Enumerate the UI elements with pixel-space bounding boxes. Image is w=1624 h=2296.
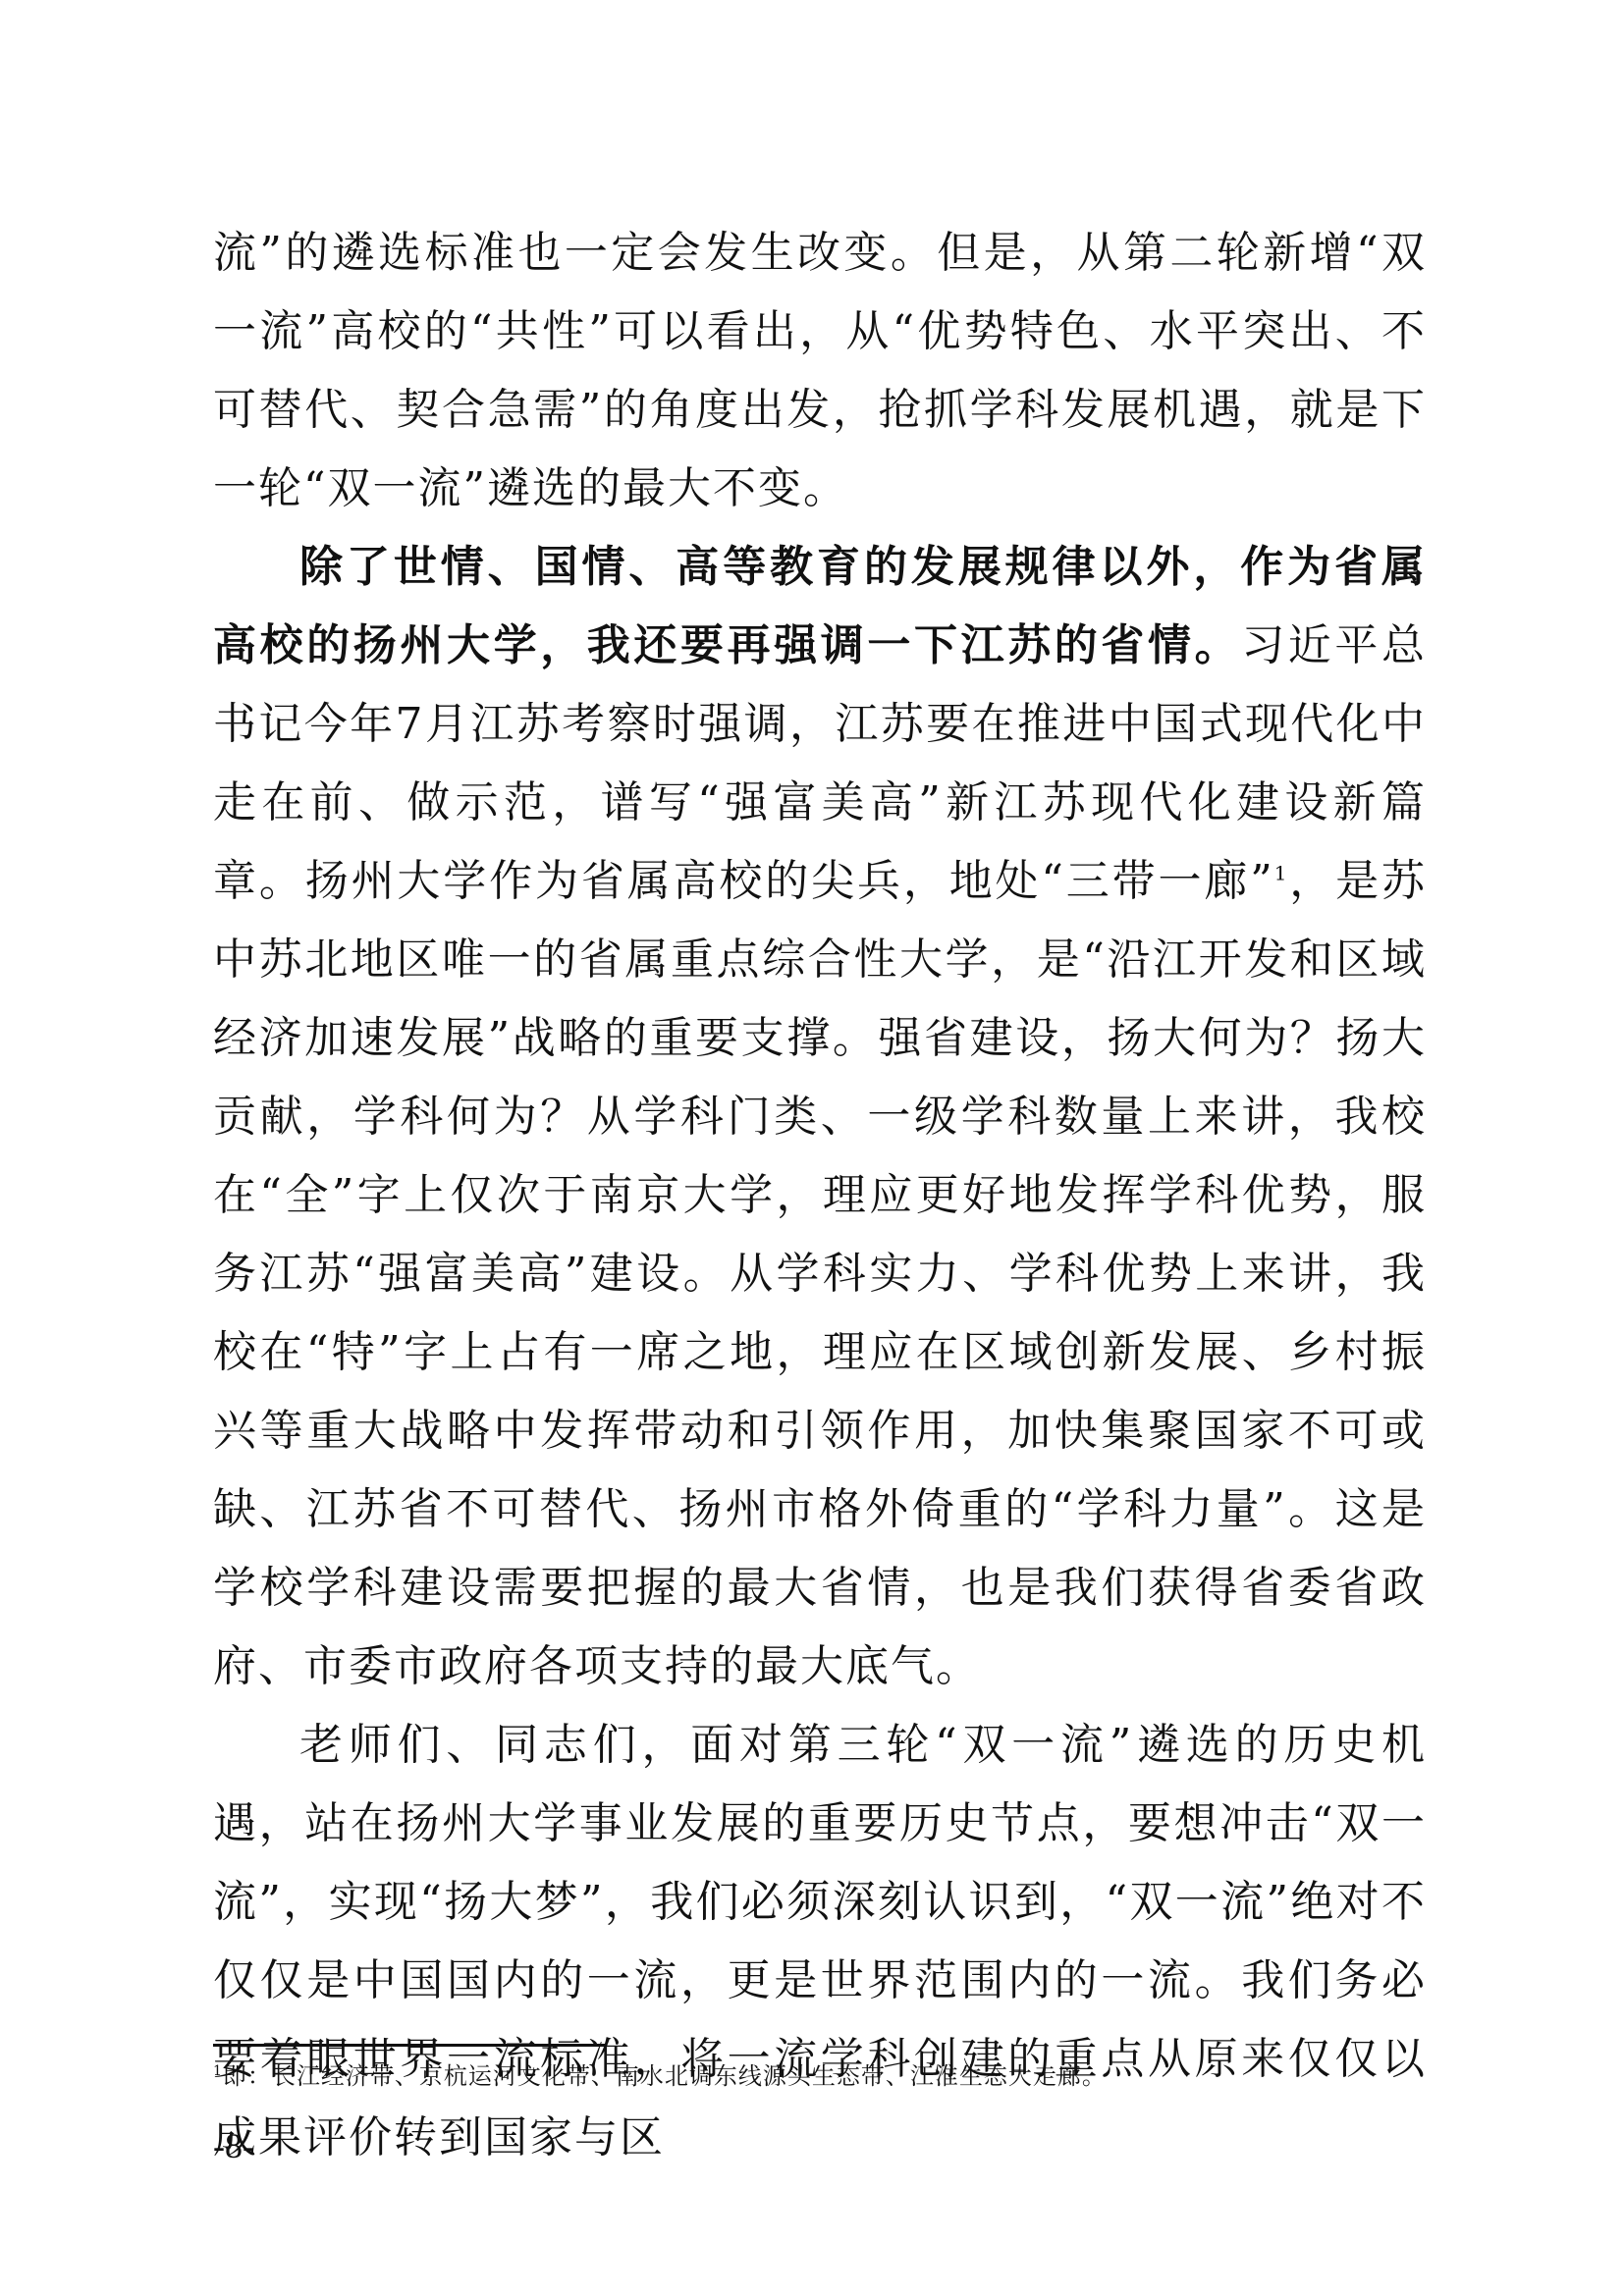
- paragraph-3: 老师们、同志们，面对第三轮“双一流”遴选的历史机遇，站在扬州大学事业发展的重要历…: [213, 1706, 1427, 2177]
- body-text: 流”的遴选标准也一定会发生改变。但是，从第二轮新增“双一流”高校的“共性”可以看…: [213, 214, 1427, 2177]
- document-page: 流”的遴选标准也一定会发生改变。但是，从第二轮新增“双一流”高校的“共性”可以看…: [0, 0, 1624, 2296]
- paragraph-text: 流”的遴选标准也一定会发生改变。但是，从第二轮新增“双一流”高校的“共性”可以看…: [213, 228, 1427, 513]
- paragraph-1: 流”的遴选标准也一定会发生改变。但是，从第二轮新增“双一流”高校的“共性”可以看…: [213, 214, 1427, 528]
- footnote-text: 即：长江经济带、京杭运河文化带、南水北调东线源头生态带、江淮生态大走廊。: [223, 2062, 1107, 2090]
- page-number: -8-: [213, 2125, 254, 2166]
- footnote-marker: 1: [213, 2063, 223, 2079]
- paragraph-text: 老师们、同志们，面对第三轮“双一流”遴选的历史机遇，站在扬州大学事业发展的重要历…: [213, 1720, 1427, 2163]
- footnote: 1即：长江经济带、京杭运河文化带、南水北调东线源头生态带、江淮生态大走廊。: [213, 2059, 1427, 2093]
- footnote-divider: [213, 2044, 606, 2047]
- paragraph-2: 除了世情、国情、高等教育的发展规律以外，作为省属高校的扬州大学，我还要再强调一下…: [213, 528, 1427, 1706]
- footnote-reference[interactable]: 1: [1274, 861, 1289, 884]
- paragraph-text: ，是苏中苏北地区唯一的省属重点综合性大学，是“沿江开发和区域经济加速发展”战略的…: [213, 856, 1427, 1691]
